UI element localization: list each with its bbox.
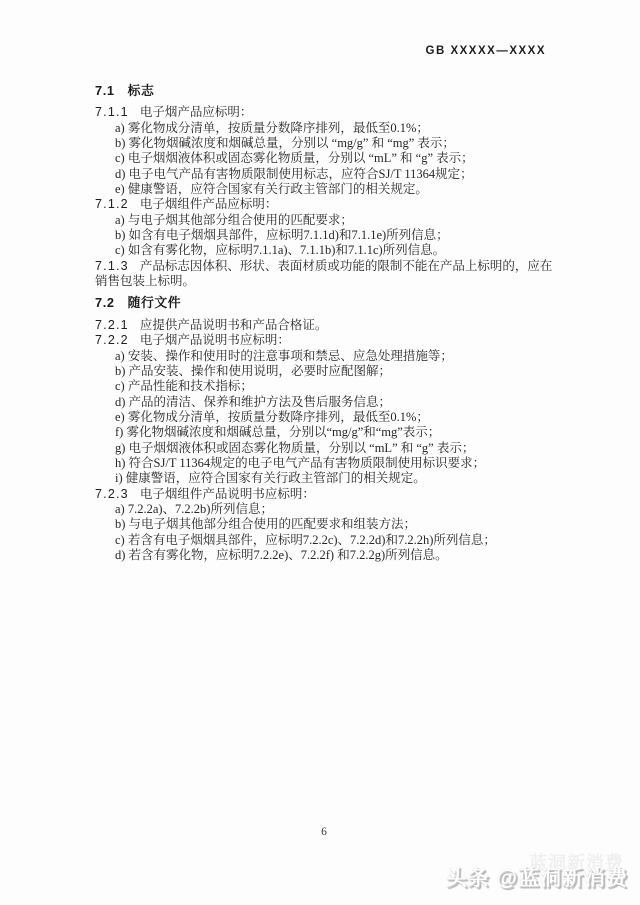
list-item: a) 与电子烟其他部分组合使用的匹配要求； — [115, 213, 553, 228]
clause-7-1-1: 7.1.1电子烟产品应标明： — [95, 105, 553, 120]
clause-text: 电子烟组件产品说明书应标明： — [140, 487, 315, 501]
clause-number: 7.2.3 — [95, 487, 129, 502]
clause-7-1-2-items: a) 与电子烟其他部分组合使用的匹配要求； b) 如含有电子烟烟具部件，应标明7… — [95, 213, 553, 259]
list-item: d) 产品的清洁、保养和维护方法及售后服务信息； — [115, 395, 553, 410]
list-item: d) 若含有雾化物，应标明7.2.2e)、7.2.2f) 和7.2.2g)所列信… — [115, 548, 553, 563]
standard-code: GB XXXXX—XXXX — [95, 45, 546, 57]
clause-7-2-2-items: a) 安装、操作和使用时的注意事项和禁忌、应急处理措施等； b) 产品安装、操作… — [95, 349, 553, 487]
list-item: c) 电子烟烟液体积或固态雾化物质量，分别以 “mL” 和 “g” 表示； — [115, 151, 553, 166]
clause-number: 7.2.2 — [95, 333, 129, 348]
clause-7-2-3-items: a) 7.2.2a)、7.2.2b)所列信息； b) 与电子烟其他部分组合使用的… — [95, 502, 553, 563]
section-heading-7-2: 7.2随行文件 — [95, 295, 553, 310]
list-item: c) 若含有电子烟烟具部件，应标明7.2.2c)、7.2.2d)和7.2.2h)… — [115, 533, 553, 548]
list-item: e) 雾化物成分清单，按质量分数降序排列，最低至0.1%； — [115, 410, 553, 425]
clause-text: 产品标志因体积、形状、表面材质或功能的限制不能在产品上标明的，应在销售包装上标明… — [95, 259, 552, 288]
clause-7-1-3: 7.1.3产品标志因体积、形状、表面材质或功能的限制不能在产品上标明的，应在销售… — [95, 259, 553, 290]
section-title: 标志 — [128, 83, 155, 98]
list-item: i) 健康警语，应符合国家有关行政主管部门的相关规定。 — [115, 471, 553, 486]
list-item: c) 如含有雾化物，应标明7.1.1a)、7.1.1b)和7.1.1c)所列信息… — [115, 243, 553, 258]
list-item: e) 健康警语，应符合国家有关行政主管部门的相关规定。 — [115, 182, 553, 197]
clause-7-2-1: 7.2.1应提供产品说明书和产品合格证。 — [95, 318, 553, 333]
list-item: f) 雾化物烟碱浓度和烟碱总量，分别以“mg/g”和“mg”表示； — [115, 425, 553, 440]
list-item: g) 电子烟烟液体积或固态雾化物质量，分别以 “mL” 和 “g” 表示； — [115, 441, 553, 456]
section-number: 7.1 — [95, 83, 115, 98]
list-item: b) 与电子烟其他部分组合使用的匹配要求和组装方法； — [115, 517, 553, 532]
list-item: h) 符合SJ/T 11364规定的电子电气产品有害物质限制使用标识要求； — [115, 456, 553, 471]
clause-text: 电子烟产品应标明： — [140, 105, 253, 119]
list-item: b) 如含有电子烟烟具部件，应标明7.1.1d)和7.1.1e)所列信息； — [115, 228, 553, 243]
clause-7-1-2: 7.1.2电子烟组件产品应标明： — [95, 197, 553, 212]
document-body: 7.1标志 7.1.1电子烟产品应标明： a) 雾化物成分清单，按质量分数降序排… — [95, 83, 553, 563]
clause-7-2-2: 7.2.2电子烟产品说明书应标明： — [95, 333, 553, 348]
clause-number: 7.1.1 — [95, 105, 129, 120]
section-heading-7-1: 7.1标志 — [95, 83, 553, 98]
list-item: c) 产品性能和技术指标； — [115, 379, 553, 394]
section-title: 随行文件 — [128, 295, 182, 310]
list-item: a) 7.2.2a)、7.2.2b)所列信息； — [115, 502, 553, 517]
clause-7-2-3: 7.2.3电子烟组件产品说明书应标明： — [95, 487, 553, 502]
list-item: b) 产品安装、操作和使用说明，必要时应配图解； — [115, 364, 553, 379]
list-item: d) 电子电气产品有害物质限制使用标志，应符合SJ/T 11364规定； — [115, 167, 553, 182]
document-page: GB XXXXX—XXXX 7.1标志 7.1.1电子烟产品应标明： a) 雾化… — [0, 0, 640, 905]
clause-text: 应提供产品说明书和产品合格证。 — [140, 318, 328, 332]
clause-number: 7.1.2 — [95, 197, 129, 212]
section-number: 7.2 — [95, 295, 115, 310]
list-item: a) 雾化物成分清单，按质量分数降序排列，最低至0.1%； — [115, 121, 553, 136]
list-item: b) 雾化物烟碱浓度和烟碱总量，分别以 “mg/g” 和 “mg” 表示； — [115, 136, 553, 151]
clause-number: 7.2.1 — [95, 318, 129, 333]
list-item: a) 安装、操作和使用时的注意事项和禁忌、应急处理措施等； — [115, 349, 553, 364]
clause-number: 7.1.3 — [95, 259, 129, 274]
page-number: 6 — [95, 826, 553, 838]
clause-7-1-1-items: a) 雾化物成分清单，按质量分数降序排列，最低至0.1%； b) 雾化物烟碱浓度… — [95, 121, 553, 198]
clause-text: 电子烟组件产品应标明： — [140, 197, 278, 211]
clause-text: 电子烟产品说明书应标明： — [140, 333, 290, 347]
watermark: 头条 @蓝洞新消费 — [446, 862, 628, 892]
